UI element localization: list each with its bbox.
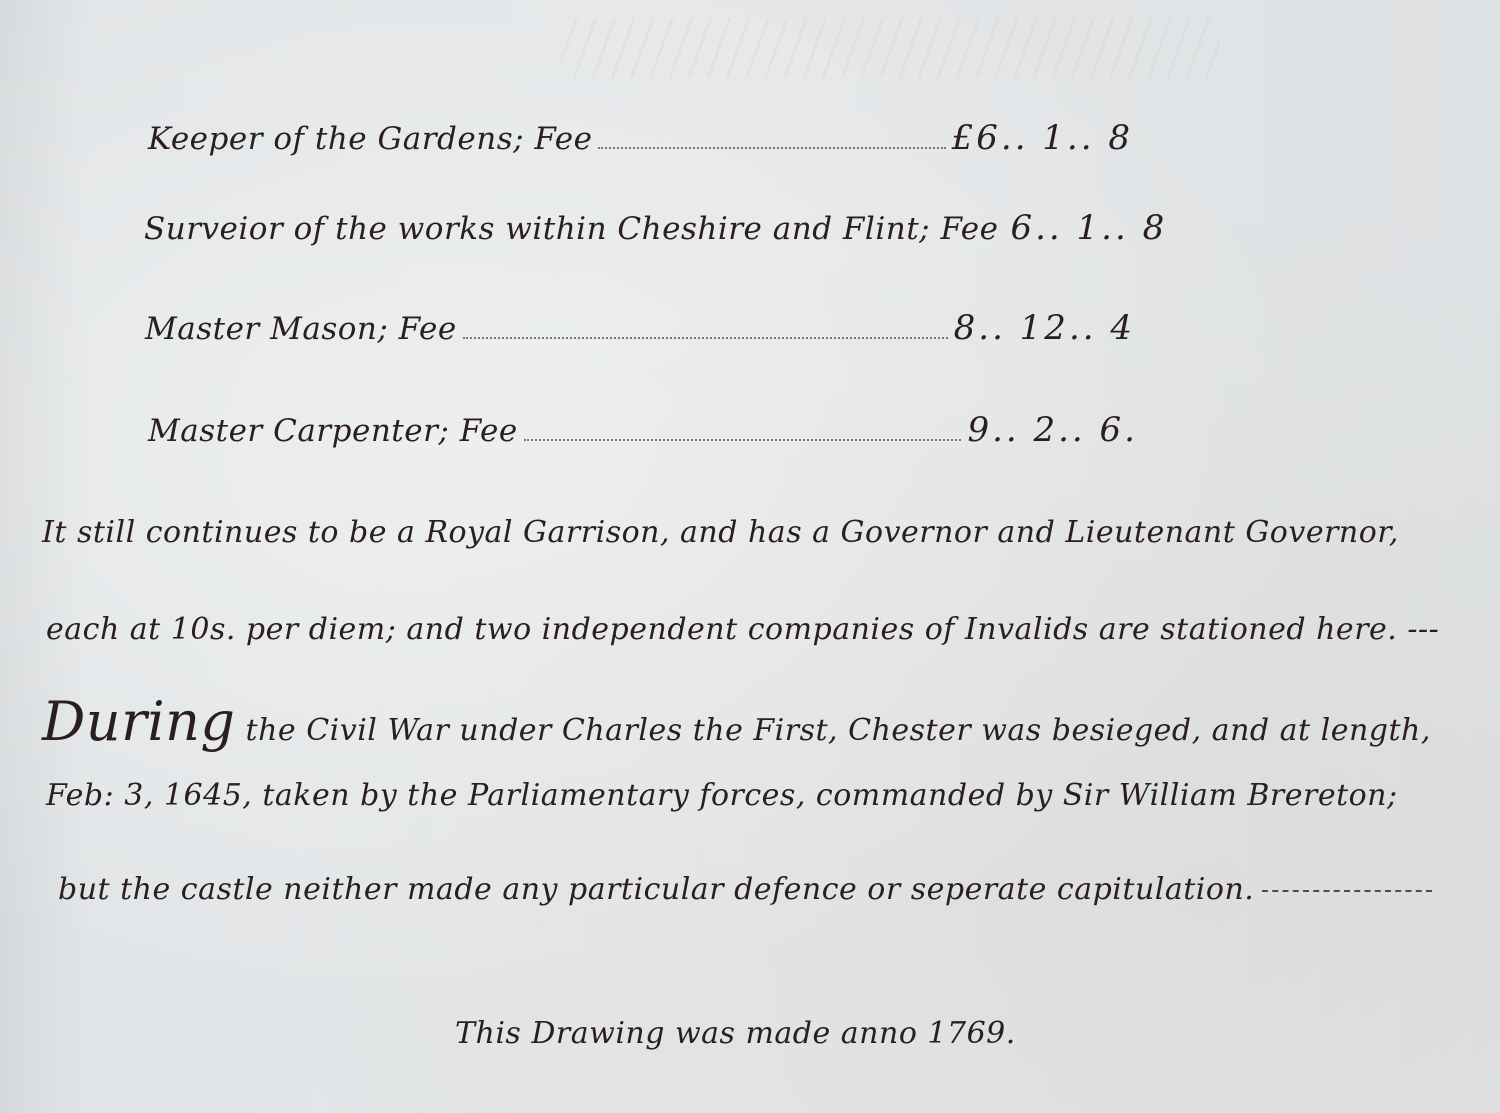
fee-label: Master Mason; Fee [145, 311, 457, 347]
dotted-leader [463, 337, 948, 339]
paragraph-1-line-2: each at 10s. per diem; and two independe… [46, 612, 1439, 647]
fee-row-surveior-of-works: Surveior of the works within Cheshire an… [144, 208, 1133, 248]
dotted-leader [524, 439, 962, 441]
line-text: the Civil War under Charles the First, C… [236, 713, 1431, 748]
fee-amount: 6.. 1.. 8 [1010, 208, 1167, 248]
drop-word: During [42, 690, 236, 753]
fee-label: Master Carpenter; Fee [148, 413, 518, 449]
line-text: but the castle neither made any particul… [58, 872, 1254, 907]
currency-symbol: £ [952, 118, 977, 158]
paragraph-2-line-2: Feb: 3, 1645, taken by the Parliamentary… [46, 778, 1398, 813]
bleed-through-heading [560, 18, 1220, 78]
fee-amount: 6.. 1.. 8 [976, 118, 1133, 158]
paragraph-2-line-3: but the castle neither made any particul… [58, 872, 1432, 907]
fee-amount: 8.. 12.. 4 [954, 308, 1135, 348]
drawing-date-note: This Drawing was made anno 1769. [455, 1016, 1016, 1051]
dotted-leader [598, 147, 945, 149]
fee-row-master-mason: Master Mason; Fee 8.. 12.. 4 [145, 308, 1135, 348]
trailing-dash-rule [1262, 890, 1432, 892]
fee-row-keeper-of-gardens: Keeper of the Gardens; Fee £ 6.. 1.. 8 [148, 118, 1133, 158]
fee-label: Keeper of the Gardens; Fee [148, 121, 592, 157]
paragraph-1-line-1: It still continues to be a Royal Garriso… [42, 515, 1399, 550]
fee-label: Surveior of the works within Cheshire an… [144, 211, 998, 247]
fee-row-master-carpenter: Master Carpenter; Fee 9.. 2.. 6. [148, 410, 1138, 450]
manuscript-page: Keeper of the Gardens; Fee £ 6.. 1.. 8 S… [0, 0, 1500, 1113]
paragraph-2-line-1: During the Civil War under Charles the F… [42, 690, 1431, 753]
fee-amount: 9.. 2.. 6. [967, 410, 1138, 450]
